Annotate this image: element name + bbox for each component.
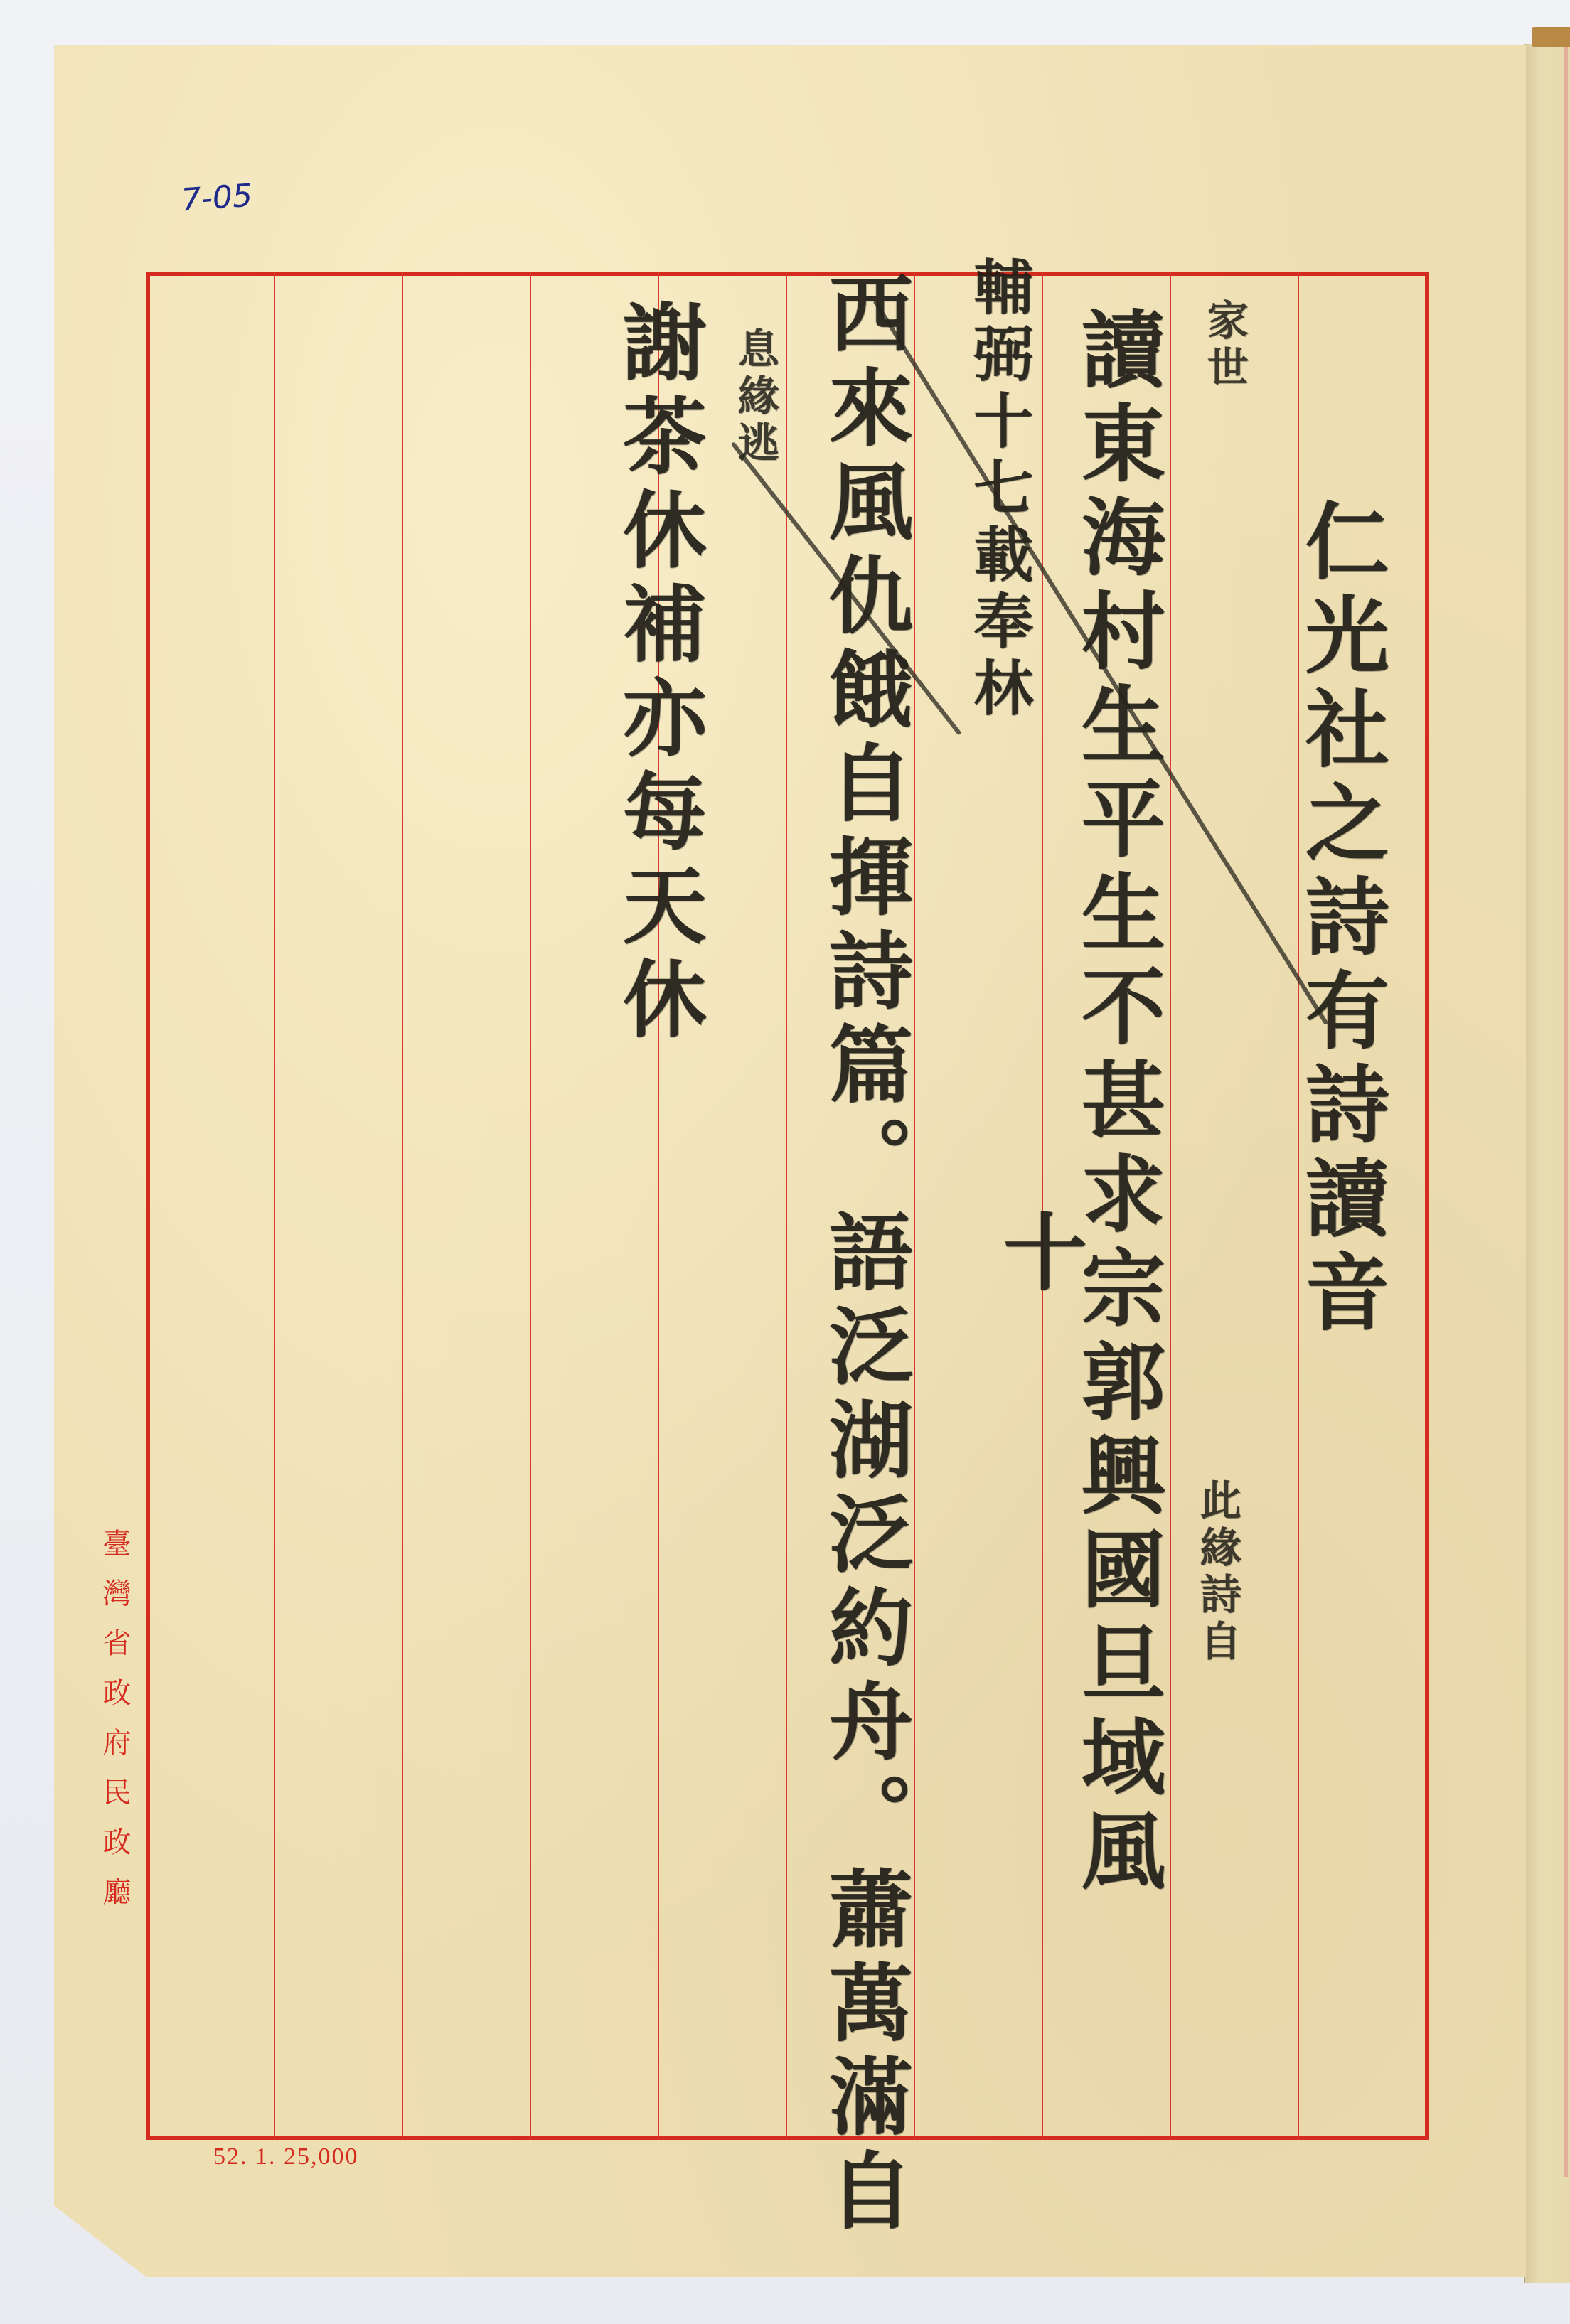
- grid-column-line: [274, 272, 275, 2140]
- next-page-grid-line: [1564, 44, 1568, 2177]
- handwritten-annotation: 息緣逃: [732, 327, 778, 468]
- grid-column-line: [786, 272, 787, 2140]
- print-code: 52. 1. 25,000: [213, 2143, 359, 2170]
- handwritten-annotation: 家世: [1202, 299, 1247, 392]
- handwritten-column: 謝茶休補亦每天休: [612, 299, 704, 1049]
- handwritten-character: 十: [992, 1209, 1084, 1302]
- grid-column-line: [402, 272, 403, 2140]
- handwritten-column-struck: 輔弼十七載奉林: [967, 256, 1031, 724]
- stationery-imprint: 臺灣省政府民政廳: [97, 1528, 132, 1927]
- grid-column-line: [530, 272, 531, 2140]
- handwritten-annotation: 此緣詩自: [1195, 1479, 1240, 1666]
- grid-column-line: [1042, 272, 1043, 2140]
- handwritten-column-title: 仁光社之詩有詩讀音: [1294, 498, 1387, 1342]
- grid-column-line: [1170, 272, 1171, 2140]
- handwritten-column: 讀東海村生平生不甚求宗郭興國旦域風: [1070, 306, 1163, 1901]
- next-page-edge: [1524, 44, 1570, 2283]
- ruled-grid-frame: [146, 272, 1429, 2140]
- archive-number: 7-05: [180, 178, 253, 219]
- grid-column-line: [914, 272, 915, 2140]
- binding-tab: [1532, 27, 1570, 47]
